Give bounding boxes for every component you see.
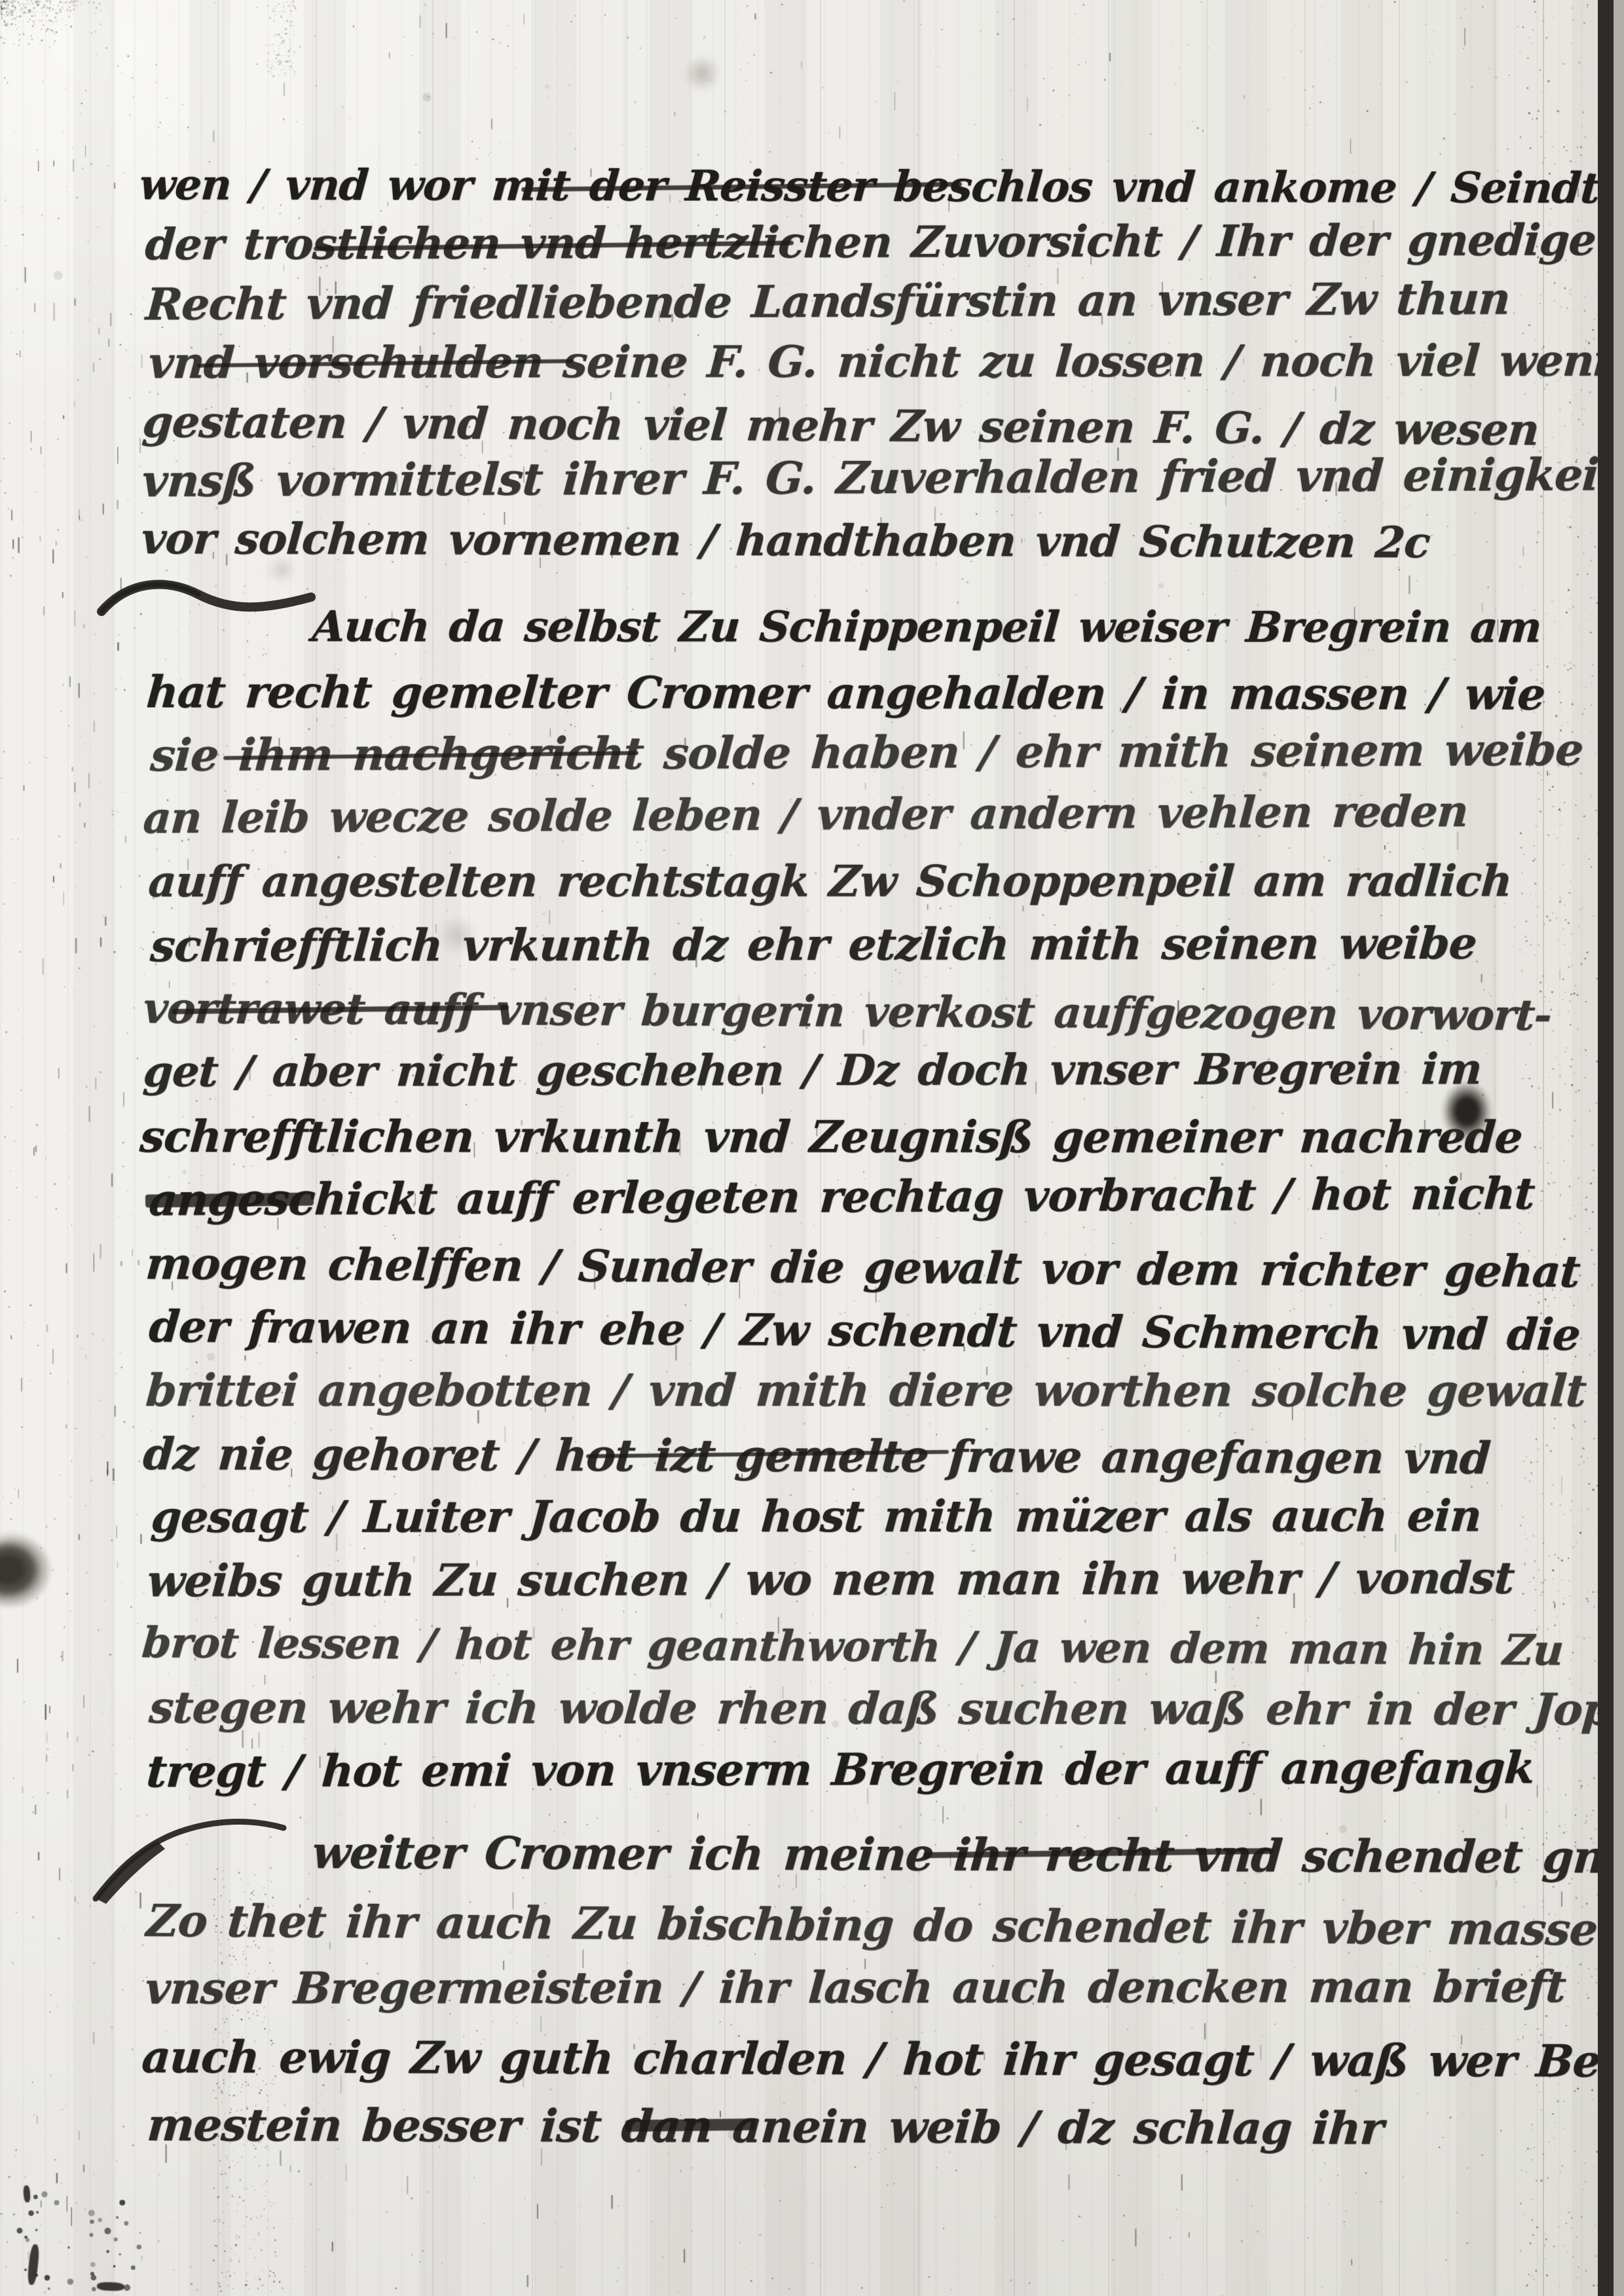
manuscript-line: brittei angebotten / vnd mith diere wort… [144,1364,1587,1416]
manuscript-line: vnser Bregermeistein / ihr lasch auch de… [143,1961,1567,2014]
manuscript-line: weibs guth Zu suchen / wo nem man ihn we… [145,1552,1515,1607]
ink-blob [1441,1080,1493,1142]
manuscript-scan-page: wen / vnd wor mit der Reisster beschlos … [0,0,1624,2296]
manuscript-line: mogen chelffen / Sunder die gewalt vor d… [144,1237,1581,1297]
manuscript-line: hat recht gemelter Cromer angehalden / i… [145,666,1547,720]
manuscript-line: der trostlichen vnd hertzlichen Zuvorsic… [143,215,1597,270]
manuscript-line: sie ihm nachgericht solde haben / ehr mi… [149,723,1584,781]
manuscript-line: dz nie gehoret / hot izt gemelte frawe a… [141,1428,1492,1484]
manuscript-line: Recht vnd friedliebende Landsfürstin an … [144,272,1511,330]
manuscript-line: angeschickt auff erlegeten rechtag vorbr… [147,1167,1536,1226]
manuscript-line: get / aber nicht geschehen / Dz doch vns… [141,1044,1483,1097]
manuscript-line: vnsß vormittelst ihrer F. G. Zuverhalden… [140,448,1619,507]
manuscript-line: auff angestelten rechtstagk Zw Schoppenp… [147,856,1513,907]
pen-strike [145,1192,314,1207]
manuscript-line: auch ewig Zw guth charlden / hot ihr ges… [140,2031,1624,2087]
manuscript-line: Auch da selbst Zu Schippenpeil weiser Br… [310,602,1543,652]
manuscript-line: stegen wehr ich wolde rhen daß suchen wa… [147,1682,1624,1735]
manuscript-line: der frawen an ihr ehe / Zw schendt vnd S… [147,1301,1581,1360]
manuscript-line: gestaten / vnd noch viel mehr Zw seinen … [141,396,1541,455]
manuscript-line: schriefftlich vrkunth dz ehr etzlich mit… [149,917,1478,972]
ink-mark [97,2282,124,2291]
manuscript-line: Zo thet ihr auch Zu bischbing do schende… [145,1895,1599,1956]
scanner-background-strip [1614,0,1624,2296]
paragraph-flourish-icon [84,1808,293,1906]
pen-strike [625,2119,754,2132]
handwritten-text-block: wen / vnd wor mit der Reisster beschlos … [0,0,1624,2296]
manuscript-line: gesagt / Luiter Jacob du host mith müzer… [149,1490,1483,1542]
water-stain [684,55,720,92]
faint-smudge [267,555,296,584]
manuscript-line: brot lessen / hot ehr geanthworth / Ja w… [140,1618,1565,1675]
manuscript-line: schrefftlichen vrkunth vnd Zeugnisß geme… [138,1110,1524,1163]
manuscript-line: tregt / hot emi von vnserm Bregrein der … [145,1741,1536,1797]
manuscript-line: an leib wecze solde leben / vnder andern… [142,786,1469,843]
scan-edge-band [1598,0,1614,2296]
manuscript-line: mestein besser ist dan anein weib / dz s… [145,2099,1385,2155]
manuscript-line: vor solchem vornemen / handthaben vnd Sc… [139,514,1431,568]
faint-smudge [437,915,478,956]
